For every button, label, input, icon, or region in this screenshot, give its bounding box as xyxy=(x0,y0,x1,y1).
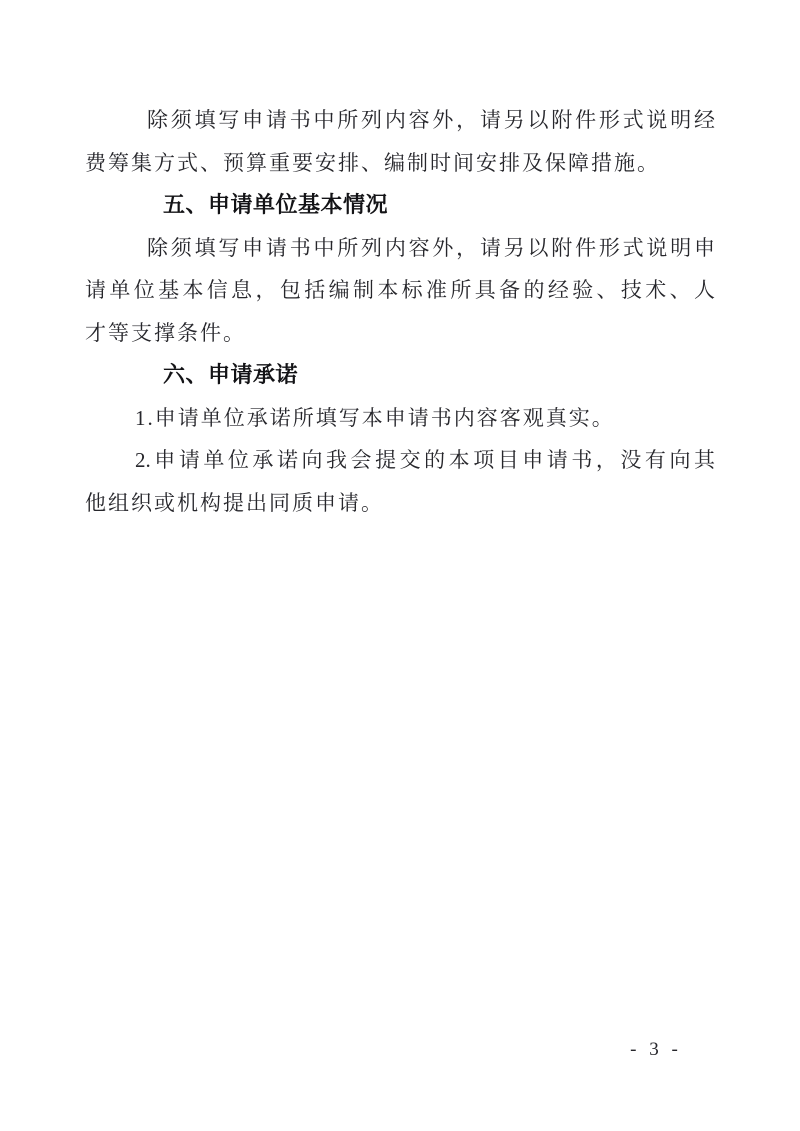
document-page: 除须填写申请书中所列内容外，请另以附件形式说明经费筹集方式、预算重要安排、编制时… xyxy=(0,0,800,1131)
text-line: 2.申请单位承诺向我会提交的本项目申请书，没有向其 xyxy=(85,439,715,482)
section-heading: 六、申请承诺 xyxy=(85,354,715,397)
text-line: 费筹集方式、预算重要安排、编制时间安排及保障措施。 xyxy=(85,142,715,185)
text-line: 除须填写申请书中所列内容外，请另以附件形式说明申 xyxy=(85,227,715,270)
section-heading: 五、申请单位基本情况 xyxy=(85,184,715,227)
page-number: - 3 - xyxy=(618,1036,694,1064)
text-line: 请单位基本信息，包括编制本标准所具备的经验、技术、人 xyxy=(85,269,715,312)
text-line: 才等支撑条件。 xyxy=(85,312,715,355)
document-body: 除须填写申请书中所列内容外，请另以附件形式说明经费筹集方式、预算重要安排、编制时… xyxy=(85,99,715,524)
text-line: 除须填写申请书中所列内容外，请另以附件形式说明经 xyxy=(85,99,715,142)
text-line: 1.申请单位承诺所填写本申请书内容客观真实。 xyxy=(85,397,715,440)
text-line: 他组织或机构提出同质申请。 xyxy=(85,482,715,525)
